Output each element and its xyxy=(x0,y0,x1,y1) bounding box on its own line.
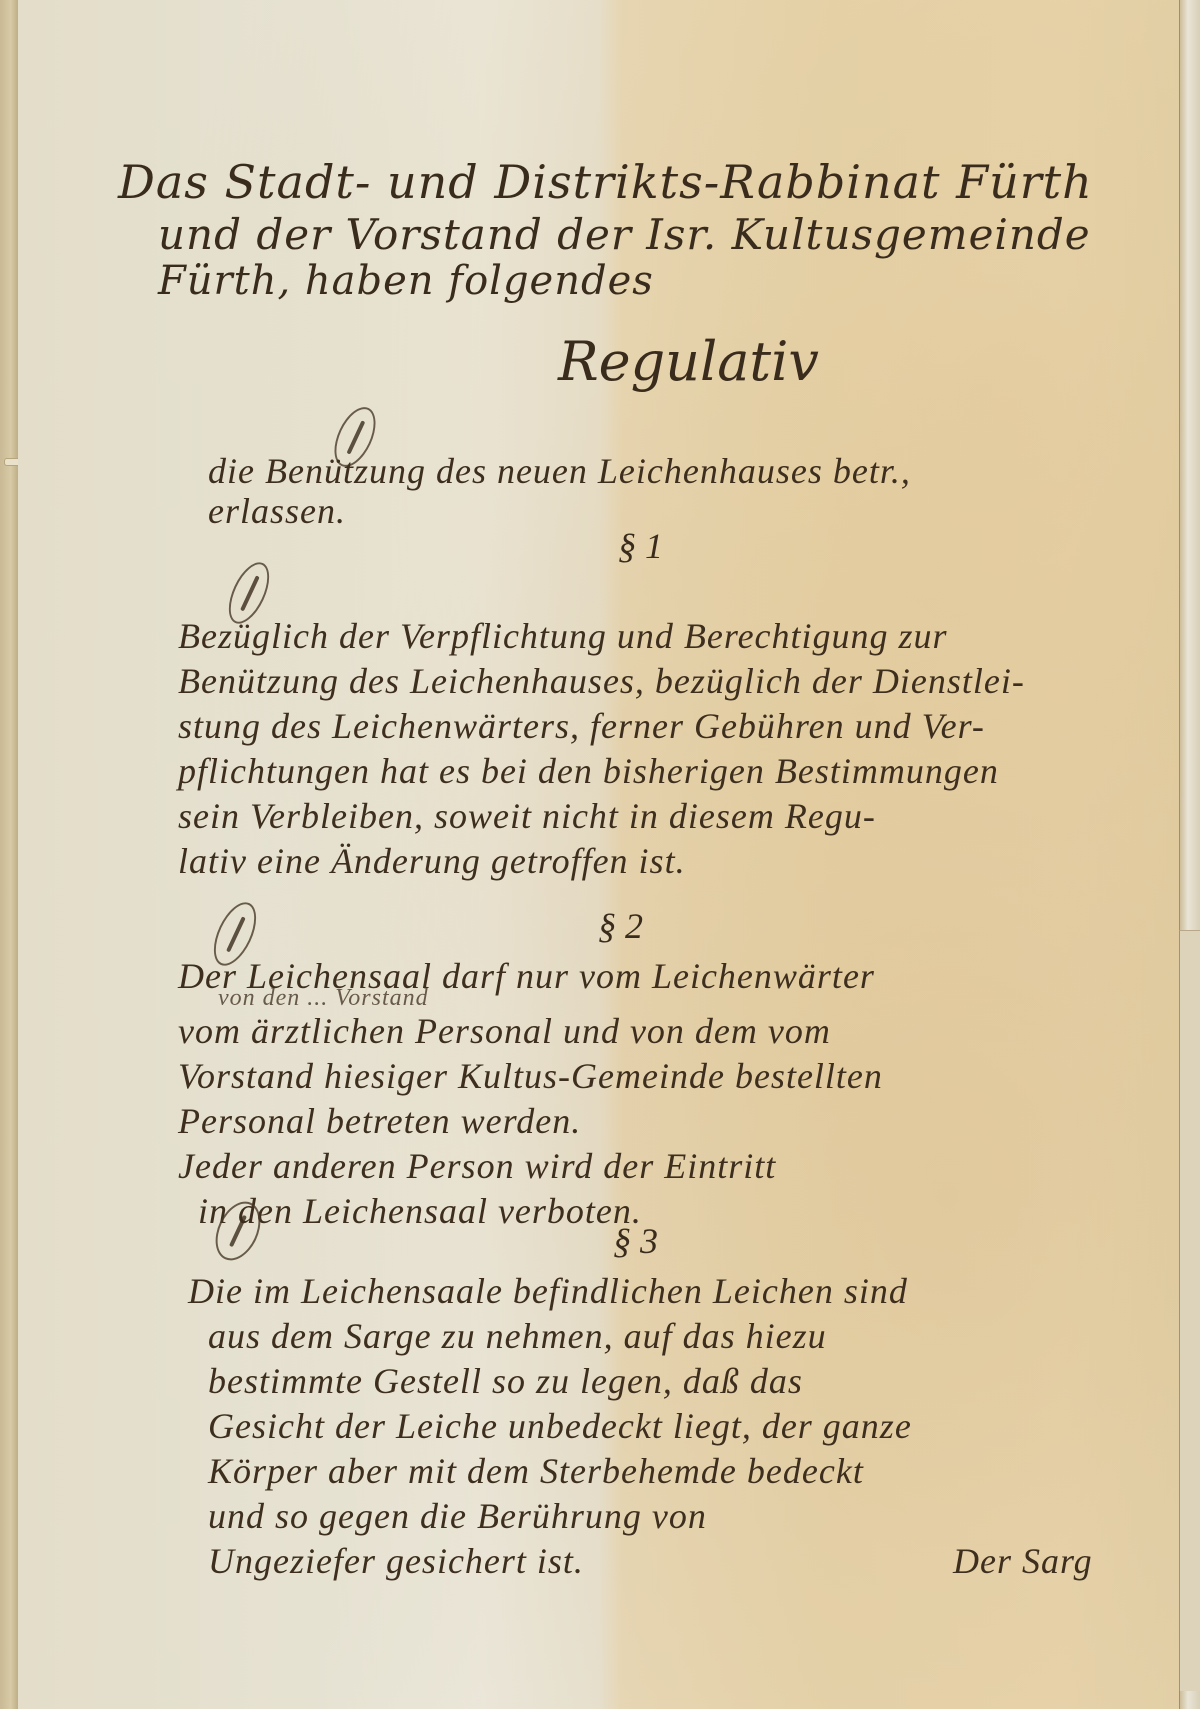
section-1-line-4: pflichtungen hat es bei den bisherigen B… xyxy=(178,750,999,792)
section-1-line-6: lativ eine Änderung getroffen ist. xyxy=(178,840,686,882)
section-1-line-2: Benützung des Leichenhauses, bezüglich d… xyxy=(178,660,1025,702)
section-3-line-1: Die im Leichensaale befindlichen Leichen… xyxy=(188,1270,908,1312)
section-3-line-5: Körper aber mit dem Sterbehemde bedeckt xyxy=(208,1450,864,1492)
heading-line-3: Fürth, haben folgendes xyxy=(158,258,654,304)
right-page-tab xyxy=(1179,930,1200,1691)
section-3-label: § 3 xyxy=(613,1220,658,1262)
document-title: Regulativ xyxy=(558,330,819,393)
heading-line-2: und der Vorstand der Isr. Kultusgemeinde xyxy=(158,210,1091,259)
section-3-line-6: und so gegen die Berührung von xyxy=(208,1495,707,1537)
intro-line-2: erlassen. xyxy=(208,490,346,532)
section-2-label: § 2 xyxy=(598,905,643,947)
section-2-line-5: Jeder anderen Person wird der Eintritt xyxy=(178,1145,776,1187)
section-3-line-2: aus dem Sarge zu nehmen, auf das hiezu xyxy=(208,1315,827,1357)
section-3-line-7: Ungeziefer gesichert ist. xyxy=(208,1540,584,1582)
section-2-line-3: Vorstand hiesiger Kultus-Gemeinde bestel… xyxy=(178,1055,883,1097)
section-1-line-1: Bezüglich der Verpflichtung und Berechti… xyxy=(178,615,948,657)
binding-edge xyxy=(0,0,19,1709)
heading-line-1: Das Stadt- und Distrikts-Rabbinat Fürth xyxy=(118,155,1093,209)
section-1-line-5: sein Verbleiben, soweit nicht in diesem … xyxy=(178,795,876,837)
section-1-line-3: stung des Leichenwärters, ferner Gebühre… xyxy=(178,705,985,747)
section-2-line-4: Personal betreten werden. xyxy=(178,1100,581,1142)
catchword: Der Sarg xyxy=(953,1540,1093,1582)
section-3-line-4: Gesicht der Leiche unbedeckt liegt, der … xyxy=(208,1405,912,1447)
section-2-line-6: in den Leichensaal verboten. xyxy=(198,1190,642,1232)
section-3-line-3: bestimmte Gestell so zu legen, daß das xyxy=(208,1360,803,1402)
manuscript-page: Das Stadt- und Distrikts-Rabbinat Fürth … xyxy=(18,0,1180,1709)
intro-line-1: die Benützung des neuen Leichenhauses be… xyxy=(208,450,911,492)
section-1-label: § 1 xyxy=(618,525,663,567)
section-2-line-2: vom ärztlichen Personal und von dem vom xyxy=(178,1010,831,1052)
section-2-interlinear: von den ... Vorstand xyxy=(218,985,429,1012)
